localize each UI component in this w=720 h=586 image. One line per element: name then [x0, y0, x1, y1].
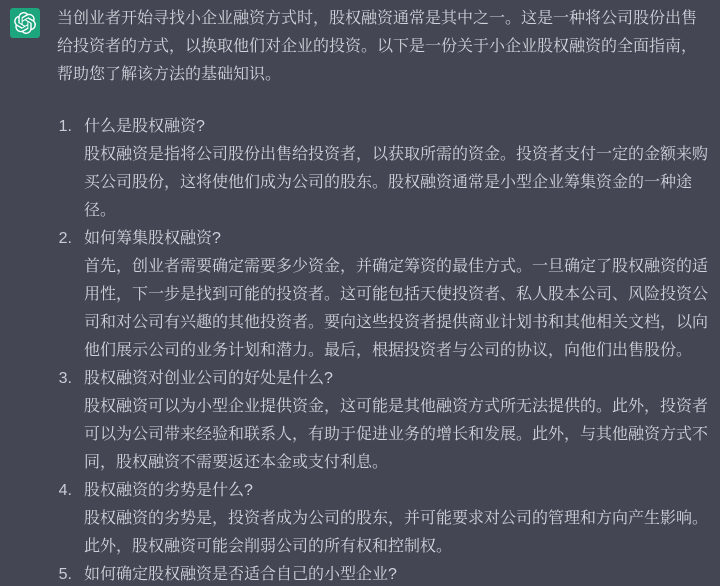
list-item: 5. 如何确定股权融资是否适合自己的小型企业? — [57, 561, 710, 586]
faq-list: 1. 什么是股权融资? 股权融资是指将公司股份出售给投资者，以获取所需的资金。投… — [57, 113, 710, 586]
list-item: 4. 股权融资的劣势是什么? 股权融资的劣势是，投资者成为公司的股东，并可能要求… — [57, 477, 710, 561]
answer-text: 首先，创业者需要确定需要多少资金，并确定筹资的最佳方式。一旦确定了股权融资的适用… — [84, 253, 710, 365]
question-text: 什么是股权融资? — [84, 113, 710, 141]
answer-text: 股权融资是指将公司股份出售给投资者，以获取所需的资金。投资者支付一定的金额来购买… — [84, 141, 710, 225]
list-marker: 2. — [57, 225, 72, 253]
list-marker: 1. — [57, 113, 72, 141]
answer-text: 股权融资的劣势是，投资者成为公司的股东，并可能要求对公司的管理和方向产生影响。此… — [84, 505, 710, 561]
list-marker: 4. — [57, 477, 72, 505]
assistant-avatar — [10, 8, 40, 38]
list-item: 3. 股权融资对创业公司的好处是什么? 股权融资可以为小型企业提供资金，这可能是… — [57, 365, 710, 477]
question-text: 股权融资对创业公司的好处是什么? — [84, 365, 710, 393]
question-text: 股权融资的劣势是什么? — [84, 477, 710, 505]
assistant-message: 当创业者开始寻找小企业融资方式时，股权融资通常是其中之一。这是一种将公司股份出售… — [0, 0, 720, 586]
question-text: 如何确定股权融资是否适合自己的小型企业? — [84, 561, 710, 586]
list-marker: 5. — [57, 561, 72, 586]
answer-text: 股权融资可以为小型企业提供资金，这可能是其他融资方式所无法提供的。此外，投资者可… — [84, 393, 710, 477]
list-marker: 3. — [57, 365, 72, 393]
intro-paragraph: 当创业者开始寻找小企业融资方式时，股权融资通常是其中之一。这是一种将公司股份出售… — [57, 5, 710, 89]
list-item: 2. 如何筹集股权融资? 首先，创业者需要确定需要多少资金，并确定筹资的最佳方式… — [57, 225, 710, 365]
question-text: 如何筹集股权融资? — [84, 225, 710, 253]
openai-logo-icon — [14, 12, 36, 34]
message-content: 当创业者开始寻找小企业融资方式时，股权融资通常是其中之一。这是一种将公司股份出售… — [57, 5, 710, 586]
list-item: 1. 什么是股权融资? 股权融资是指将公司股份出售给投资者，以获取所需的资金。投… — [57, 113, 710, 225]
